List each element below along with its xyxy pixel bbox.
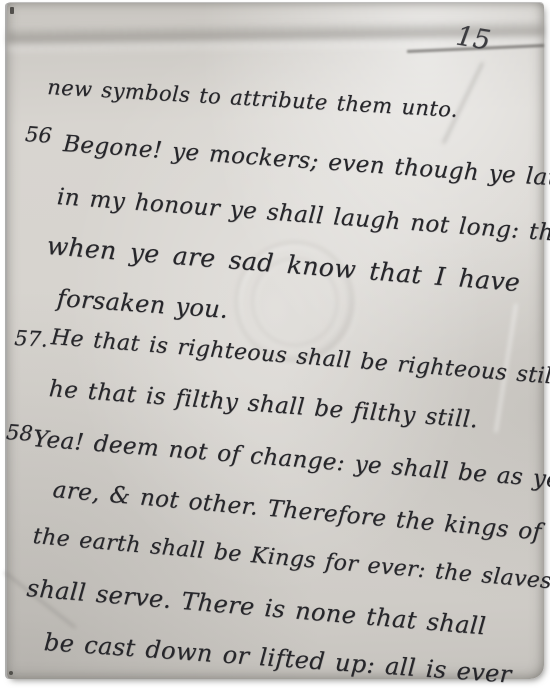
verse-57-line-2: he that is filthy shall be filthy still. [48,376,479,433]
header-line: new symbols to attribute them unto. [47,75,459,122]
page-number: 15 [454,21,493,57]
manuscript-page: 15 new symbols to attribute them unto. 5… [7,3,544,679]
scanned-manuscript: 15 new symbols to attribute them unto. 5… [0,0,550,700]
verse-58-line-5: be cast down or lifted up: all is ever [43,628,512,689]
verse-58-line-4: shall serve. There is none that shall [26,574,488,640]
verse-56-number: 56 [24,122,52,148]
edge-speck-top-left [10,7,14,14]
verse-58-number: 58 [5,420,33,446]
verse-56-line-4: forsaken you. [56,284,229,324]
edge-speck-bottom-left [9,671,13,675]
verse-57-number: 57. [14,326,49,352]
verse-56-line-1: Begone! ye mockers; even though ye laugh [62,131,550,194]
